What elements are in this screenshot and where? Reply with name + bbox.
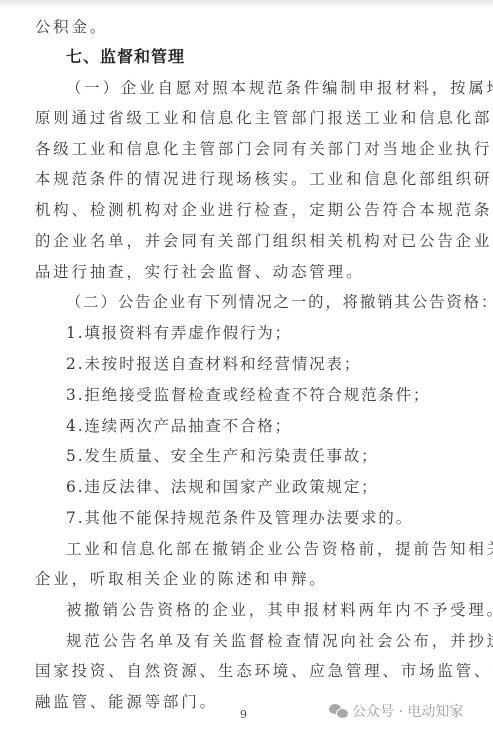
paragraph-line: 被撤销公告资格的企业，其申报材料两年内不予受理。 <box>66 600 493 620</box>
paragraph-line: 企业，听取相关企业的陈述和申辩。 <box>35 569 328 589</box>
paragraph-line: 品进行抽查，实行社会监督、动态管理。 <box>35 262 364 282</box>
paragraph-line: 融监管、能源等部门。 <box>35 692 218 712</box>
paragraph-line: 本规范条件的情况进行现场核实。工业和信息化部组织研究 <box>35 169 493 189</box>
list-item: 2.未按时报送自查材料和经营情况表； <box>66 354 361 374</box>
list-item: 3.拒绝接受监督检查或经检查不符合规范条件； <box>66 385 430 405</box>
paragraph-line: 规范公告名单及有关监督检查情况向社会公布，并抄送 <box>66 631 493 651</box>
text-line: 公积金。 <box>35 17 108 37</box>
paragraph-line: 国家投资、自然资源、生态环境、应急管理、市场监管、金 <box>35 661 493 681</box>
paragraph-line: 工业和信息化部在撤销企业公告资格前，提前告知相关 <box>66 539 493 559</box>
list-item: 5.发生质量、安全生产和污染责任事故； <box>66 446 378 466</box>
paragraph-line: 原则通过省级工业和信息化主管部门报送工业和信息化部。 <box>35 108 493 128</box>
paragraph-line: 的企业名单，并会同有关部门组织相关机构对已公告企业产 <box>35 231 493 251</box>
top-shadow <box>0 0 493 8</box>
paragraph-line: 机构、检测机构对企业进行检查，定期公告符合本规范条件 <box>35 200 493 220</box>
list-item: 4.连续两次产品抽查不合格； <box>66 416 292 436</box>
list-item: 7.其他不能保持规范条件及管理办法要求的。 <box>66 508 413 528</box>
page-number: 9 <box>240 708 247 721</box>
subsection-intro: （二）公告企业有下列情况之一的，将撤销其公告资格： <box>66 292 493 312</box>
watermark: 公众号 · 电动知家 <box>329 701 463 721</box>
wechat-icon <box>329 703 349 719</box>
list-item: 6.违反法律、法规和国家产业政策规定； <box>66 477 378 497</box>
paragraph-line: （一）企业自愿对照本规范条件编制申报材料，按属地 <box>66 78 493 98</box>
list-item: 1.填报资料有弄虚作假行为； <box>66 323 292 343</box>
section-heading: 七、监督和管理 <box>66 47 185 67</box>
watermark-text: 公众号 · 电动知家 <box>352 701 463 721</box>
paragraph-line: 各级工业和信息化主管部门会同有关部门对当地企业执行 <box>35 139 492 159</box>
